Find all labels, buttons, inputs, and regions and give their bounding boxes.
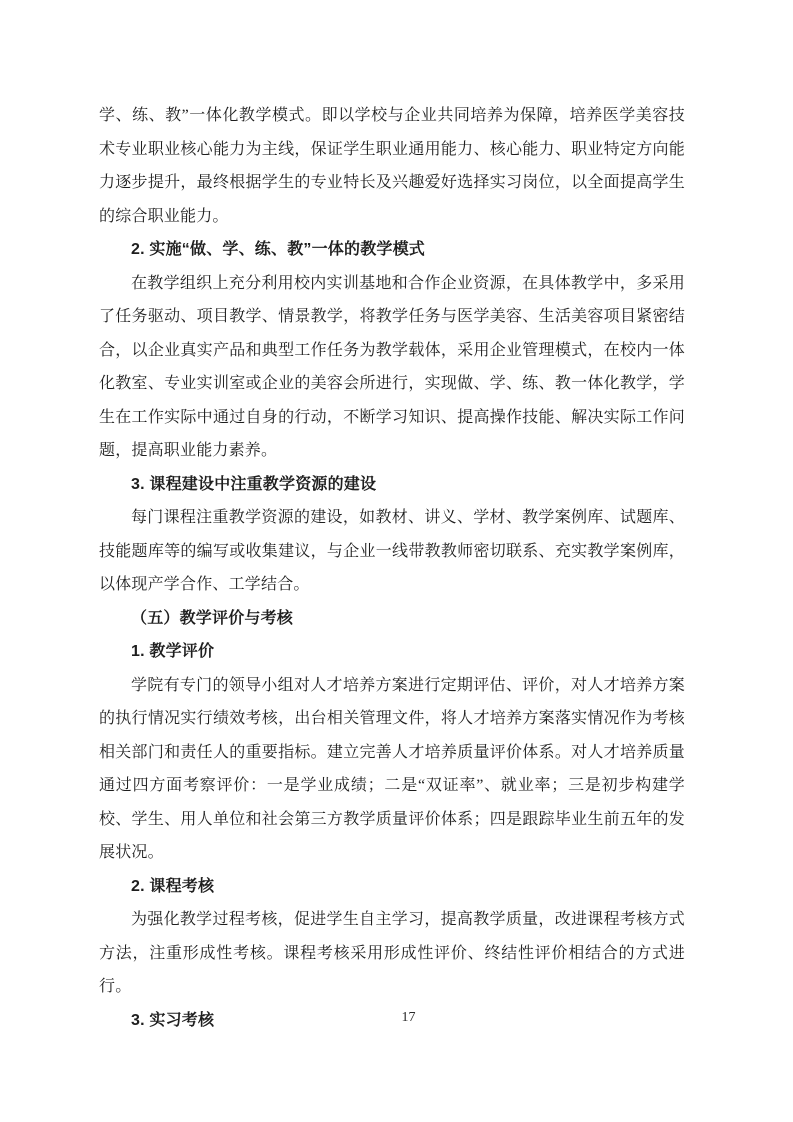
section-heading-teaching-evaluation-assessment: （五）教学评价与考核 [99, 602, 685, 636]
heading-implement-teaching-mode: 2. 实施“做、学、练、教”一体的教学模式 [99, 233, 685, 267]
heading-teaching-evaluation: 1. 教学评价 [99, 635, 685, 669]
heading-course-resource-construction: 3. 课程建设中注重教学资源的建设 [99, 468, 685, 502]
heading-course-assessment: 2. 课程考核 [99, 870, 685, 904]
body-paragraph-course-assessment-method: 为强化教学过程考核，促进学生自主学习，提高教学质量，改进课程考核方式方法，注重形… [99, 903, 685, 1004]
body-paragraph-teaching-organization: 在教学组织上充分利用校内实训基地和合作企业资源，在具体教学中，多采用了任务驱动、… [99, 267, 685, 468]
document-page: 学、练、教”一体化教学模式。即以学校与企业共同培养为保障，培养医学美容技术专业职… [0, 0, 793, 1122]
document-body: 学、练、教”一体化教学模式。即以学校与企业共同培养为保障，培养医学美容技术专业职… [99, 0, 685, 1037]
page-number: 17 [0, 1008, 793, 1028]
body-paragraph-teaching-resources: 每门课程注重教学资源的建设，如教材、讲义、学材、教学案例库、试题库、技能题库等的… [99, 501, 685, 602]
body-paragraph-teaching-mode-continuation: 学、练、教”一体化教学模式。即以学校与企业共同培养为保障，培养医学美容技术专业职… [99, 99, 685, 233]
body-paragraph-evaluation-system: 学院有专门的领导小组对人才培养方案进行定期评估、评价，对人才培养方案的执行情况实… [99, 669, 685, 870]
